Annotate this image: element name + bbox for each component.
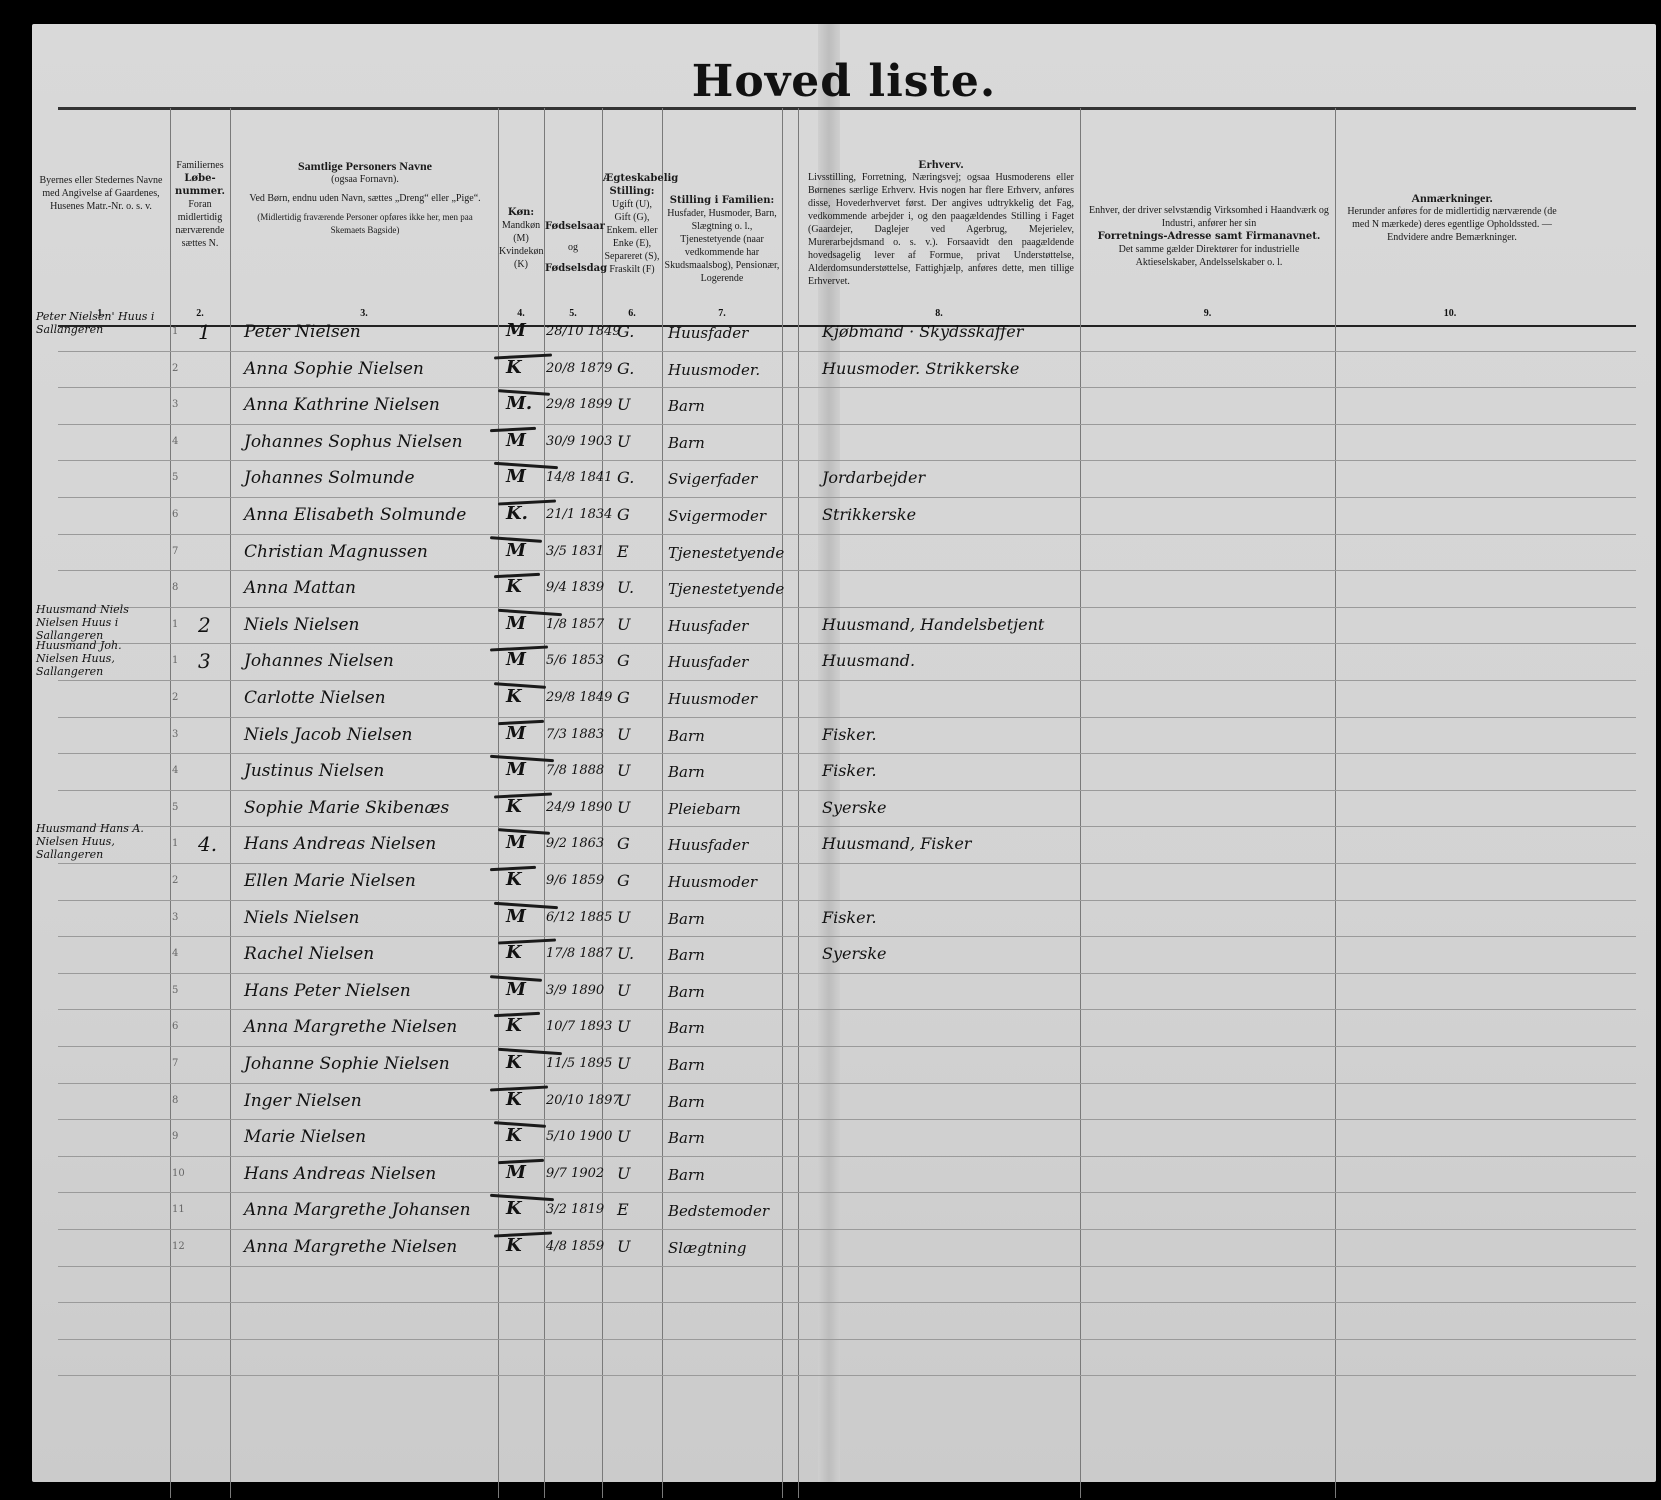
cell-sex: K (506, 686, 540, 707)
cell-position: Barn (668, 727, 780, 745)
row-rule (58, 863, 1636, 864)
cell-place: Huusmand Joh. Nielsen Huus, Sallangeren (36, 639, 166, 678)
cell-position: Huusfader (668, 836, 780, 854)
cell-birth: 6/12 1885 (546, 910, 602, 925)
cell-name: Johannes Sophus Nielsen (244, 432, 494, 452)
cell-birth: 3/2 1819 (546, 1202, 602, 1217)
cell-civil: G. (617, 468, 657, 487)
cell-position: Huusfader (668, 324, 780, 342)
cell-sex: M (506, 540, 540, 561)
cell-family: 2 (198, 613, 228, 637)
cell-name: Anna Margrethe Nielsen (244, 1237, 494, 1257)
row-rule (58, 680, 1636, 681)
col8-header: Erhverv. Livsstilling, Forretning, Nærin… (808, 158, 1074, 288)
cell-row: 4 (172, 948, 192, 959)
cell-occupation: Strikkerske (822, 505, 1072, 524)
cell-birth: 29/8 1899 (546, 397, 602, 412)
cell-sex: M (506, 613, 540, 634)
cell-position: Barn (668, 1093, 780, 1111)
row-rule (58, 497, 1636, 498)
row-rule (58, 900, 1636, 901)
cell-name: Anna Sophie Nielsen (244, 359, 494, 379)
cell-birth: 20/8 1879 (546, 361, 602, 376)
cell-civil: U (617, 725, 657, 744)
col2-header: Familiernes Løbe-nummer. Foran midlertid… (172, 159, 228, 250)
cell-civil: G (617, 688, 657, 707)
cell-name: Ellen Marie Nielsen (244, 871, 494, 891)
cell-position: Huusmoder (668, 690, 780, 708)
cell-civil: G. (617, 359, 657, 378)
cell-position: Pleiebarn (668, 800, 780, 818)
col4-number: 4. (498, 308, 544, 319)
col6-header: Ægteskabelig Stilling: Ugift (U), Gift (… (603, 172, 661, 276)
cell-position: Barn (668, 1166, 780, 1184)
cell-civil: U (617, 761, 657, 780)
row-rule (58, 1339, 1636, 1340)
cell-sex: K (506, 576, 540, 597)
cell-sex: K (506, 1015, 540, 1036)
cell-row: 8 (172, 582, 192, 593)
cell-civil: U (617, 395, 657, 414)
cell-sex: K (506, 1198, 540, 1219)
cell-name: Niels Nielsen (244, 908, 494, 928)
census-page: Hoved liste. Byernes eller Stedernes Nav… (32, 24, 1656, 1482)
cell-position: Svigermoder (668, 507, 780, 525)
cell-civil: U (617, 615, 657, 634)
cell-civil: U (617, 1164, 657, 1183)
cell-birth: 20/10 1897 (546, 1093, 602, 1108)
cell-civil: U. (617, 944, 657, 963)
cell-sex: K (506, 1125, 540, 1146)
cell-sex: M (506, 723, 540, 744)
cell-sex: K (506, 942, 540, 963)
cell-position: Barn (668, 1056, 780, 1074)
cell-birth: 7/8 1888 (546, 763, 602, 778)
cell-row: 6 (172, 1021, 192, 1032)
cell-birth: 9/7 1902 (546, 1166, 602, 1181)
cell-sex: M (506, 759, 540, 780)
cell-birth: 3/9 1890 (546, 983, 602, 998)
cell-birth: 29/8 1849 (546, 690, 602, 705)
cell-occupation: Huusmand. (822, 651, 1072, 670)
cell-position: Barn (668, 434, 780, 452)
cell-name: Christian Magnussen (244, 542, 494, 562)
cell-birth: 11/5 1895 (546, 1056, 602, 1071)
cell-civil: G. (617, 322, 657, 341)
row-rule (58, 570, 1636, 571)
cell-name: Hans Andreas Nielsen (244, 1164, 494, 1184)
cell-place: Huusmand Niels Nielsen Huus i Sallangere… (36, 603, 166, 642)
col5-header: Fødselsaar og Fødselsdag (545, 220, 601, 275)
cell-sex: M. (506, 393, 540, 414)
cell-name: Anna Kathrine Nielsen (244, 395, 494, 415)
cell-name: Niels Nielsen (244, 615, 494, 635)
row-rule (58, 643, 1636, 644)
cell-civil: G (617, 651, 657, 670)
row-rule (58, 717, 1636, 718)
cell-sex: K (506, 1089, 540, 1110)
col-divider-7 (782, 108, 783, 1498)
cell-row: 3 (172, 912, 192, 923)
cell-civil: G (617, 505, 657, 524)
row-rule (58, 936, 1636, 937)
cell-place: Huusmand Hans A. Nielsen Huus, Sallanger… (36, 822, 166, 861)
cell-birth: 9/4 1839 (546, 580, 602, 595)
cell-name: Johanne Sophie Nielsen (244, 1054, 494, 1074)
cell-birth: 4/8 1859 (546, 1239, 602, 1254)
cell-occupation: Fisker. (822, 725, 1072, 744)
row-rule (58, 1302, 1636, 1303)
cell-civil: E (617, 542, 657, 561)
cell-birth: 30/9 1903 (546, 434, 602, 449)
cell-name: Johannes Nielsen (244, 651, 494, 671)
row-rule (58, 1229, 1636, 1230)
cell-birth: 24/9 1890 (546, 800, 602, 815)
cell-name: Carlotte Nielsen (244, 688, 494, 708)
row-rule (58, 753, 1636, 754)
cell-occupation: Fisker. (822, 761, 1072, 780)
row-rule (58, 1156, 1636, 1157)
cell-sex: K. (506, 503, 540, 524)
cell-position: Tjenestetyende (668, 580, 780, 598)
cell-row: 7 (172, 546, 192, 557)
cell-birth: 7/3 1883 (546, 727, 602, 742)
cell-birth: 28/10 1849 (546, 324, 602, 339)
cell-name: Rachel Nielsen (244, 944, 494, 964)
col2-number: 2. (170, 308, 230, 319)
cell-name: Anna Mattan (244, 578, 494, 598)
cell-civil: U (617, 1017, 657, 1036)
cell-birth: 5/10 1900 (546, 1129, 602, 1144)
col1-header: Byernes eller Stedernes Navne med Angive… (34, 174, 168, 213)
cell-name: Hans Peter Nielsen (244, 981, 494, 1001)
cell-civil: G (617, 871, 657, 890)
row-rule (58, 534, 1636, 535)
cell-row: 4 (172, 436, 192, 447)
cell-name: Peter Nielsen (244, 322, 494, 342)
cell-position: Barn (668, 910, 780, 928)
cell-family: 4. (198, 832, 228, 856)
row-rule (58, 1375, 1636, 1376)
cell-civil: U (617, 1054, 657, 1073)
cell-row: 2 (172, 363, 192, 374)
cell-birth: 14/8 1841 (546, 470, 602, 485)
cell-row: 2 (172, 692, 192, 703)
cell-family: 3 (198, 649, 228, 673)
cell-row: 11 (172, 1204, 192, 1215)
cell-row: 3 (172, 729, 192, 740)
cell-civil: U (617, 1237, 657, 1256)
header-top-rule (58, 107, 1636, 110)
cell-civil: U (617, 981, 657, 1000)
cell-sex: K (506, 796, 540, 817)
row-rule (58, 1119, 1636, 1120)
col3-number: 3. (230, 308, 498, 319)
cell-name: Johannes Solmunde (244, 468, 494, 488)
row-rule (58, 973, 1636, 974)
cell-position: Barn (668, 1129, 780, 1147)
cell-civil: U (617, 908, 657, 927)
cell-name: Inger Nielsen (244, 1091, 494, 1111)
cell-birth: 17/8 1887 (546, 946, 602, 961)
row-rule (58, 826, 1636, 827)
row-rule (58, 1192, 1636, 1193)
cell-row: 1 (172, 655, 192, 666)
cell-occupation: Huusmand, Fisker (822, 834, 1072, 853)
cell-position: Huusfader (668, 653, 780, 671)
cell-row: 1 (172, 619, 192, 630)
cell-name: Anna Elisabeth Solmunde (244, 505, 494, 525)
row-rule (58, 387, 1636, 388)
cell-occupation: Huusmand, Handelsbetjent (822, 615, 1072, 634)
cell-name: Justinus Nielsen (244, 761, 494, 781)
cell-row: 3 (172, 399, 192, 410)
cell-place: Peter Nielsen' Huus i Sallangeren (36, 310, 166, 336)
cell-position: Bedstemoder (668, 1202, 780, 1220)
cell-sex: M (506, 466, 540, 487)
cell-occupation: Syerske (822, 944, 1072, 963)
cell-name: Marie Nielsen (244, 1127, 494, 1147)
row-rule (58, 607, 1636, 608)
row-rule (58, 1266, 1636, 1267)
cell-row: 12 (172, 1241, 192, 1252)
row-rule (58, 1083, 1636, 1084)
cell-position: Svigerfader (668, 470, 780, 488)
cell-birth: 21/1 1834 (546, 507, 602, 522)
cell-occupation: Huusmoder. Strikkerske (822, 359, 1072, 378)
cell-position: Barn (668, 397, 780, 415)
col3-header: Samtlige Personers Navne (ogsaa Fornavn)… (240, 160, 490, 237)
cell-occupation: Fisker. (822, 908, 1072, 927)
col7-header: Stilling i Familien: Husfader, Husmoder,… (664, 194, 780, 285)
cell-row: 2 (172, 875, 192, 886)
cell-row: 5 (172, 802, 192, 813)
cell-occupation: Kjøbmand · Skydsskaffer (822, 322, 1072, 341)
cell-row: 10 (172, 1168, 192, 1179)
cell-position: Slægtning (668, 1239, 780, 1257)
cell-birth: 5/6 1853 (546, 653, 602, 668)
cell-row: 5 (172, 472, 192, 483)
cell-civil: U (617, 1091, 657, 1110)
col8-number: 8. (798, 308, 1080, 319)
cell-position: Huusmoder. (668, 361, 780, 379)
cell-row: 9 (172, 1131, 192, 1142)
cell-name: Niels Jacob Nielsen (244, 725, 494, 745)
cell-name: Hans Andreas Nielsen (244, 834, 494, 854)
cell-name: Anna Margrethe Nielsen (244, 1017, 494, 1037)
cell-row: 8 (172, 1095, 192, 1106)
cell-sex: M (506, 649, 540, 670)
cell-position: Huusmoder (668, 873, 780, 891)
cell-position: Huusfader (668, 617, 780, 635)
cell-row: 4 (172, 765, 192, 776)
cell-position: Barn (668, 763, 780, 781)
cell-sex: M (506, 430, 540, 451)
cell-row: 7 (172, 1058, 192, 1069)
cell-row: 1 (172, 838, 192, 849)
cell-row: 5 (172, 985, 192, 996)
cell-civil: G (617, 834, 657, 853)
cell-name: Anna Margrethe Johansen (244, 1200, 494, 1220)
col5-number: 5. (544, 308, 602, 319)
col10-header: Anmærkninger. Herunder anføres for de mi… (1342, 192, 1562, 244)
cell-sex: M (506, 1162, 540, 1183)
cell-occupation: Jordarbejder (822, 468, 1072, 487)
cell-sex: M (506, 979, 540, 1000)
cell-birth: 9/6 1859 (546, 873, 602, 888)
cell-sex: M (506, 832, 540, 853)
row-rule (58, 1009, 1636, 1010)
cell-sex: K (506, 1235, 540, 1256)
row-rule (58, 351, 1636, 352)
cell-civil: E (617, 1200, 657, 1219)
cell-position: Barn (668, 946, 780, 964)
col7-number: 7. (662, 308, 782, 319)
cell-position: Tjenestetyende (668, 544, 780, 562)
col10-number: 10. (1335, 308, 1565, 319)
row-rule (58, 424, 1636, 425)
cell-birth: 1/8 1857 (546, 617, 602, 632)
cell-row: 1 (172, 326, 192, 337)
cell-position: Barn (668, 1019, 780, 1037)
row-rule (58, 460, 1636, 461)
cell-sex: M (506, 906, 540, 927)
cell-position: Barn (668, 983, 780, 1001)
page-title: Hoved liste. (32, 56, 1656, 107)
cell-birth: 3/5 1831 (546, 544, 602, 559)
col4-header: Køn: Mandkøn (M) Kvindekøn (K) (499, 206, 543, 271)
row-rule (58, 1046, 1636, 1047)
cell-name: Sophie Marie Skibenæs (244, 798, 494, 818)
cell-sex: K (506, 1052, 540, 1073)
col9-number: 9. (1080, 308, 1335, 319)
cell-family: 1 (198, 320, 228, 344)
col6-number: 6. (602, 308, 662, 319)
cell-birth: 9/2 1863 (546, 836, 602, 851)
cell-birth: 10/7 1893 (546, 1019, 602, 1034)
col9-header: Enhver, der driver selvstændig Virksomhe… (1087, 204, 1331, 269)
row-rule (58, 790, 1636, 791)
cell-sex: K (506, 357, 540, 378)
cell-occupation: Syerske (822, 798, 1072, 817)
cell-civil: U (617, 1127, 657, 1146)
cell-sex: K (506, 869, 540, 890)
cell-row: 6 (172, 509, 192, 520)
cell-civil: U (617, 432, 657, 451)
cell-sex: M (506, 320, 540, 341)
cell-civil: U (617, 798, 657, 817)
cell-civil: U. (617, 578, 657, 597)
